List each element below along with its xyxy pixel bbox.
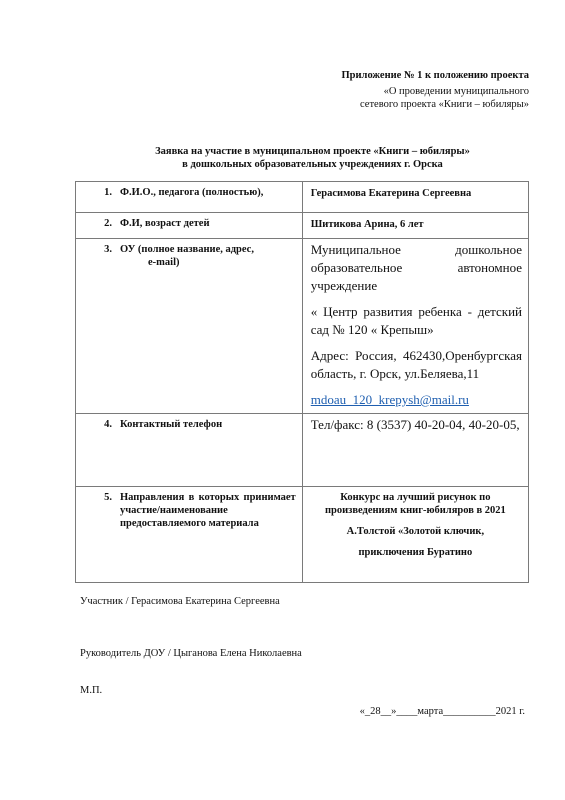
row-value-cell: Муниципальное дошкольное образовательное… — [302, 239, 528, 414]
table-row: 4. Контактный телефон Тел/факс: 8 (3537)… — [76, 414, 529, 487]
table-row: 5. Направления в которых принимает участ… — [76, 487, 529, 583]
row-label: Направления в которых принимает участие/… — [120, 491, 296, 530]
row-label: ОУ (полное название, адрес, — [120, 244, 254, 255]
row-label-cell: 3. ОУ (полное название, адрес, e-mail) — [76, 239, 303, 414]
row-label-cell: 2. Ф.И, возраст детей — [76, 213, 303, 239]
book-author-title: А.Толстой «Золотой ключик, — [309, 525, 522, 538]
book-title-cont: приключения Буратино — [309, 546, 522, 559]
appendix-subtitle-line2: сетевого проекта «Книги – юбиляры» — [360, 99, 529, 110]
row-value-cell: Тел/факс: 8 (3537) 40-20-04, 40-20-05, — [302, 414, 528, 487]
row-label-cell: 1. Ф.И.О., педагога (полностью), — [76, 182, 303, 213]
row-label-cell: 4. Контактный телефон — [76, 414, 303, 487]
institution-short-name: « Центр развития ребенка - детский сад №… — [311, 303, 522, 339]
participant-signature: Участник / Герасимова Екатерина Сергеевн… — [80, 596, 280, 607]
document-title-line2: в дошкольных образовательных учреждениях… — [30, 158, 565, 171]
table-row: 1. Ф.И.О., педагога (полностью), Герасим… — [76, 182, 529, 213]
row-number: 3. — [90, 243, 120, 269]
row-number: 1. — [90, 186, 120, 199]
institution-address: Адрес: Россия, 462430,Оренбургская облас… — [311, 347, 522, 383]
row-number: 5. — [90, 491, 120, 530]
signature-date: «_28__»____марта__________2021 г. — [360, 706, 525, 717]
row-value-cell: Герасимова Екатерина Сергеевна — [302, 182, 528, 213]
row-label: Контактный телефон — [120, 418, 296, 431]
teacher-name: Герасимова Екатерина Сергеевна — [303, 182, 528, 200]
table-row: 3. ОУ (полное название, адрес, e-mail) М… — [76, 239, 529, 414]
row-label-cell: 5. Направления в которых принимает участ… — [76, 487, 303, 583]
email-link[interactable]: mdoau_120_krepysh@mail.ru — [311, 392, 469, 407]
row-label: Ф.И, возраст детей — [120, 217, 296, 230]
table-row: 2. Ф.И, возраст детей Шитикова Арина, 6 … — [76, 213, 529, 239]
row-value-cell: Конкурс на лучший рисунок по произведени… — [302, 487, 528, 583]
stamp-place: М.П. — [80, 685, 102, 696]
contact-phone: Тел/факс: 8 (3537) 40-20-04, 40-20-05, — [303, 414, 528, 434]
row-number: 4. — [90, 418, 120, 431]
institution-name: Муниципальное дошкольное образовательное… — [311, 241, 522, 295]
appendix-title: Приложение № 1 к положению проекта — [342, 70, 530, 81]
child-name-age: Шитикова Арина, 6 лет — [303, 213, 528, 231]
document-title-line1: Заявка на участие в муниципальном проект… — [30, 145, 565, 158]
row-label-cont: e-mail) — [120, 257, 180, 268]
appendix-subtitle-line1: «О проведении муниципального — [384, 86, 529, 97]
row-number: 2. — [90, 217, 120, 230]
application-table: 1. Ф.И.О., педагога (полностью), Герасим… — [75, 181, 529, 583]
head-signature: Руководитель ДОУ / Цыганова Елена Никола… — [80, 648, 302, 659]
contest-name: Конкурс на лучший рисунок по произведени… — [309, 491, 522, 517]
row-label: Ф.И.О., педагога (полностью), — [120, 186, 296, 199]
row-value-cell: Шитикова Арина, 6 лет — [302, 213, 528, 239]
